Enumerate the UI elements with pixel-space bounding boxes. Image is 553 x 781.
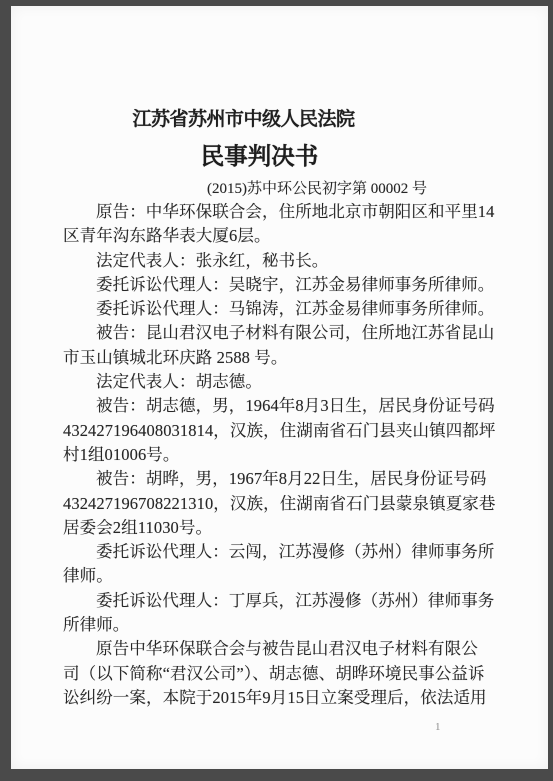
document-line: 委托诉讼代理人：云闯，江苏漫修（苏州）律师事务所 [63, 540, 493, 564]
document-line: 被告：胡志德，男，1964年8月3日生，居民身份证号码 [63, 394, 493, 418]
document-line: 司（以下简称“君汉公司”）、胡志德、胡晔环境民事公益诉 [63, 662, 493, 686]
document-line: 居委会2组11030号。 [63, 516, 493, 540]
page-number: 1 [435, 721, 441, 733]
document-body: 原告：中华环保联合会，住所地北京市朝阳区和平里14 区青年沟东路华表大厦6层。 … [63, 200, 493, 710]
paper-page: 江苏省苏州市中级人民法院 民事判决书 (2015)苏中环公民初字第 00002 … [11, 6, 548, 769]
case-number: (2015)苏中环公民初字第 00002 号 [207, 177, 427, 198]
document-line: 委托诉讼代理人：丁厚兵，江苏漫修（苏州）律师事务 [63, 589, 493, 613]
document-line: 432427196408031814，汉族，住湖南省石门县夹山镇四都坪 [63, 419, 493, 443]
document-line: 委托诉讼代理人：马锦涛，江苏金易律师事务所律师。 [63, 297, 493, 321]
court-name: 江苏省苏州市中级人民法院 [0, 104, 512, 131]
document-line: 委托诉讼代理人：吴晓宇，江苏金易律师事务所律师。 [63, 273, 493, 297]
document-line: 被告：昆山君汉电子材料有限公司，住所地江苏省昆山 [63, 321, 493, 345]
document-line: 区青年沟东路华表大厦6层。 [63, 224, 493, 248]
document-line: 市玉山镇城北环庆路 2588 号。 [63, 346, 493, 370]
scan-background: 江苏省苏州市中级人民法院 民事判决书 (2015)苏中环公民初字第 00002 … [0, 0, 553, 781]
document-line: 原告：中华环保联合会，住所地北京市朝阳区和平里14 [63, 200, 493, 224]
document-line: 律师。 [63, 564, 493, 588]
document-title: 民事判决书 [0, 137, 528, 171]
document-line: 被告：胡晔，男，1967年8月22日生，居民身份证号码 [63, 467, 493, 491]
document-line: 法定代表人：张永红，秘书长。 [63, 249, 493, 273]
document-line: 原告中华环保联合会与被告昆山君汉电子材料有限公 [63, 637, 493, 661]
document-line: 讼纠纷一案，本院于2015年9月15日立案受理后，依法适用 [63, 686, 493, 710]
document-line: 法定代表人：胡志德。 [63, 370, 493, 394]
document-line: 村1组01006号。 [63, 443, 493, 467]
document-line: 所律师。 [63, 613, 493, 637]
document-line: 432427196708221310，汉族，住湖南省石门县蒙泉镇夏家巷 [63, 492, 493, 516]
